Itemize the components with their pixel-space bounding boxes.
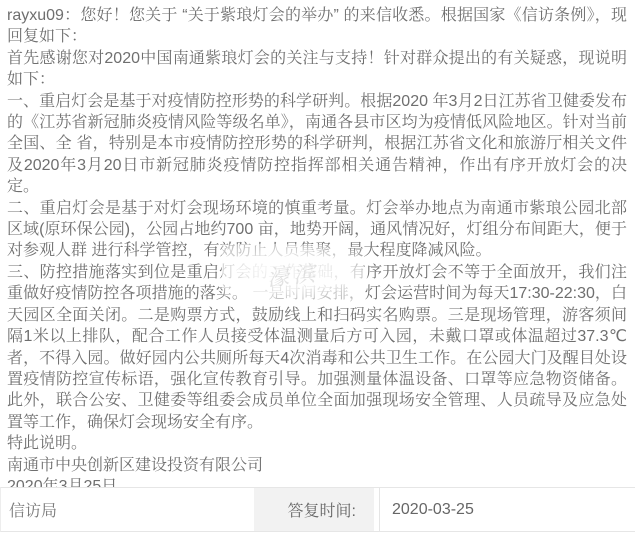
letter-paragraph-point-2: 二、重启灯会是基于对灯会现场环境的慎重考量。灯会举办地点为南通市紫琅公园北部区域…: [7, 198, 627, 262]
reply-letter: rayxu09：您好！您关于 “关于紫琅灯会的举办” 的来信收悉。根据国家《信访…: [0, 0, 635, 497]
letter-paragraph-point-3: 三、防控措施落实到位是重启灯会的工作基础，有序开放灯会不等于全面放开，我们注重做…: [7, 262, 627, 433]
department-name: 信访局: [9, 498, 57, 521]
reply-time-label-cell: 答复时间:: [254, 488, 374, 531]
reply-time-value: 2020-03-25: [392, 501, 474, 519]
letter-signature-company: 南通市中央创新区建设投资有限公司: [7, 455, 627, 476]
reply-time-label: 答复时间:: [288, 498, 356, 521]
letter-paragraph-greeting: rayxu09：您好！您关于 “关于紫琅灯会的举办” 的来信收悉。根据国家《信访…: [7, 5, 627, 48]
reply-meta-table: 信访局 答复时间: 2020-03-25: [0, 487, 635, 532]
reply-time-value-cell: 2020-03-25: [379, 488, 635, 531]
letter-paragraph-thanks: 首先感谢您对2020中国南通紫琅灯会的关注与支持！针对群众提出的有关疑惑，现说明…: [7, 48, 627, 91]
letter-paragraph-closing: 特此说明。: [7, 433, 627, 454]
department-cell: 信访局: [1, 488, 254, 531]
letter-paragraph-point-1: 一、重启灯会是基于对疫情防控形势的科学研判。根据2020 年3月2日江苏省卫健委…: [7, 91, 627, 198]
